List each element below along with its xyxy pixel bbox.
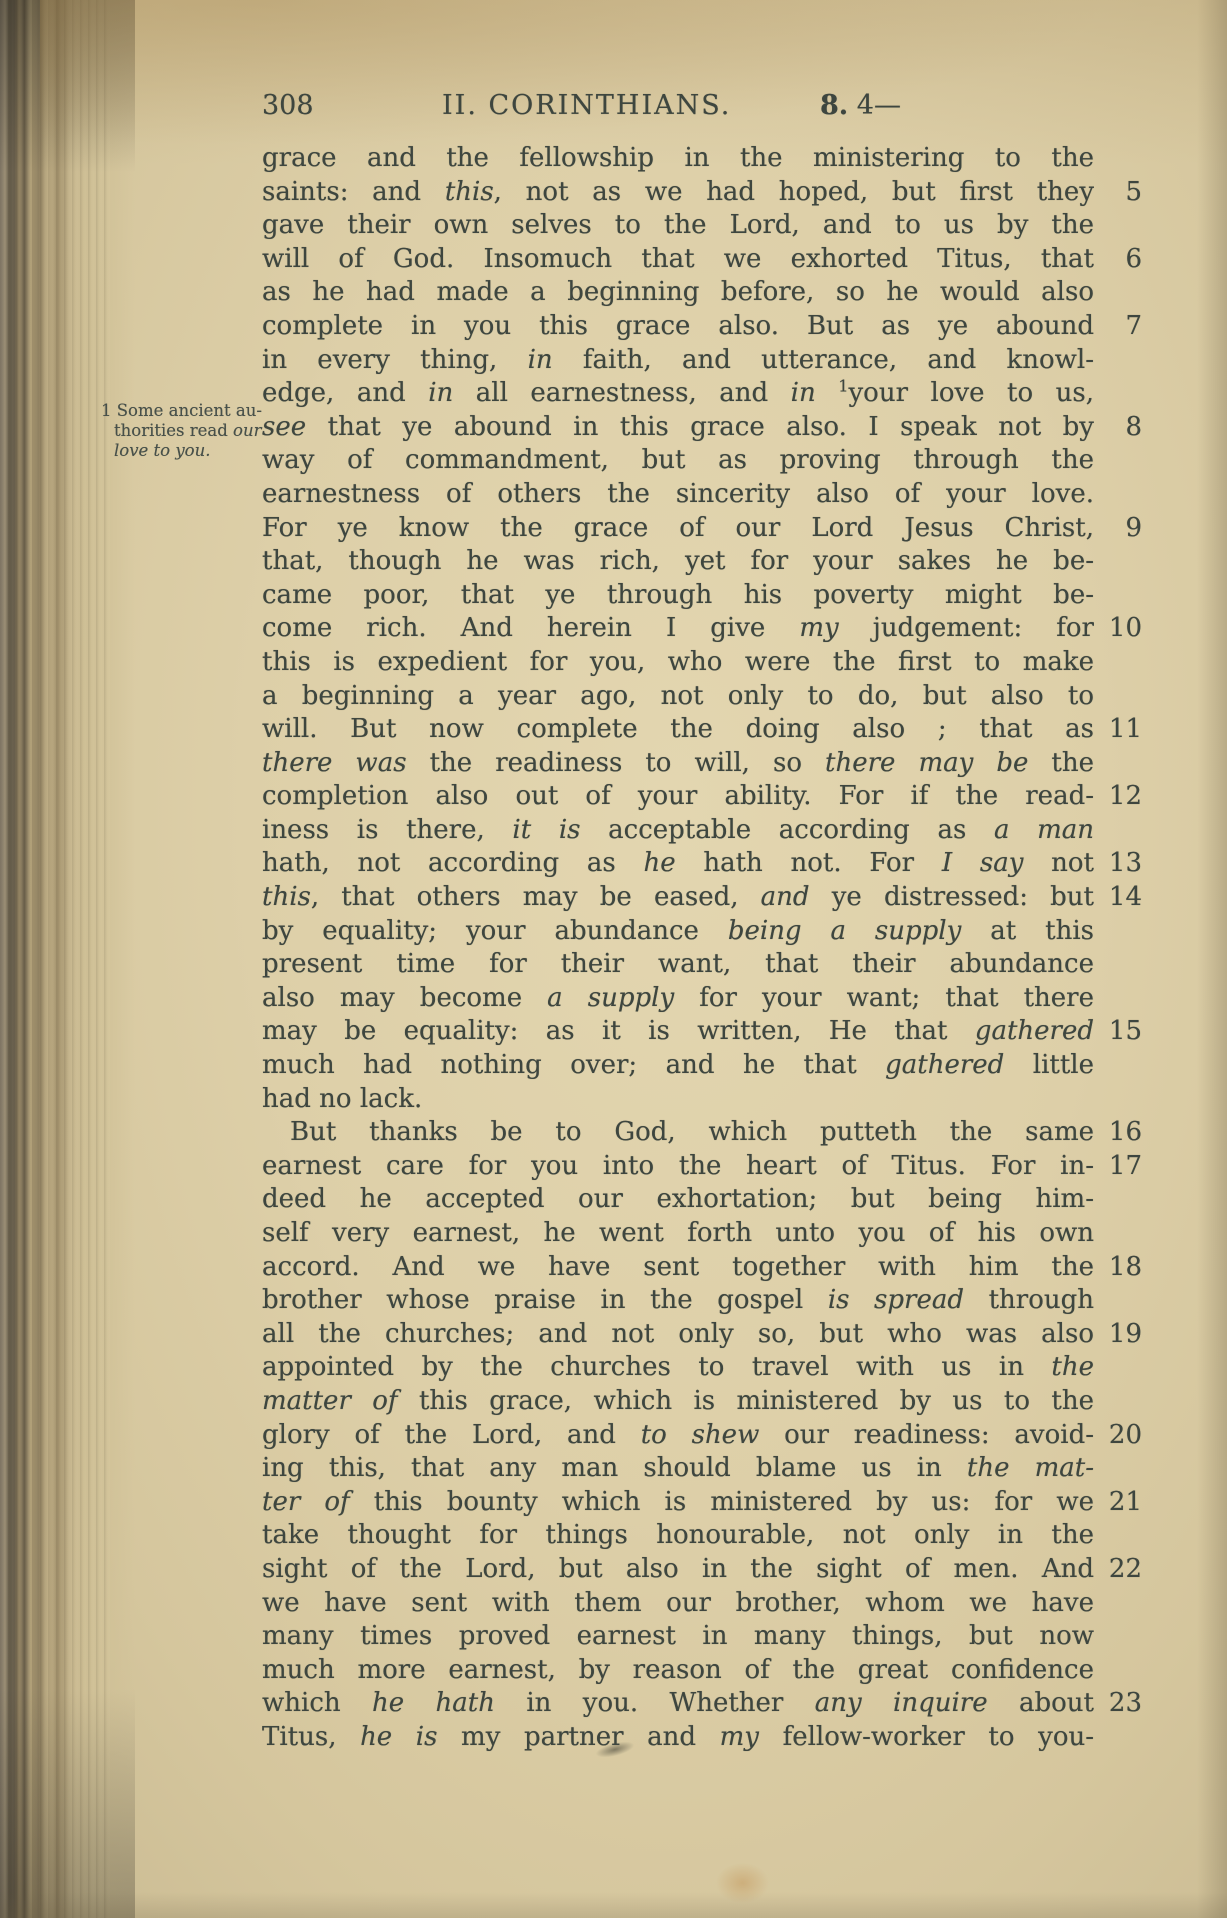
text-row: much had nothing over; and he that gathe… [262, 1049, 1182, 1083]
page-edge-bottom [0, 1892, 1227, 1918]
text-line: accord. And we have sent together with h… [262, 1251, 1094, 1285]
text-line: that, though he was rich, yet for your s… [262, 545, 1094, 579]
text-line: iness is there, it is acceptable accordi… [262, 814, 1094, 848]
text-row: by equality; your abundance being a supp… [262, 915, 1182, 949]
verse-number: 8 [1096, 411, 1142, 445]
scanned-book-page: { "page": { "header": { "page_number": "… [0, 0, 1227, 1918]
text-row: many times proved earnest in many things… [262, 1620, 1182, 1654]
page-number: 308 [262, 90, 314, 121]
text-row: earnestness of others the sincerity also… [262, 478, 1182, 512]
verse-number: 7 [1096, 310, 1142, 344]
text-row: edge, and in all earnestness, and in 1yo… [262, 377, 1182, 411]
verse-number: 22 [1096, 1553, 1142, 1587]
verse-number: 10 [1096, 612, 1142, 646]
paper-stain-top [40, 0, 1227, 165]
binding-corner-shadow [0, 0, 135, 1918]
text-line: see that ye abound in this grace also. I… [262, 411, 1094, 445]
text-line: much had nothing over; and he that gathe… [262, 1049, 1094, 1083]
margin-note-line: love to you. [101, 441, 261, 461]
verse-number: 21 [1096, 1486, 1142, 1520]
text-line: ing this, that any man should blame us i… [262, 1452, 1094, 1486]
margin-note: 1 Some ancient au-thorities read ourlove… [101, 401, 261, 461]
text-line: in every thing, in faith, and utterance,… [262, 344, 1094, 378]
text-line: earnest care for you into the heart of T… [262, 1150, 1094, 1184]
text-line: grace and the fellowship in the minister… [262, 142, 1094, 176]
text-line: But thanks be to God, which putteth the … [262, 1116, 1094, 1150]
text-row: in every thing, in faith, and utterance,… [262, 344, 1182, 378]
text-row: accord. And we have sent together with h… [262, 1251, 1182, 1285]
page-edge-right [1197, 0, 1227, 1918]
text-row: take thought for things honourable, not … [262, 1519, 1182, 1553]
text-line: self very earnest, he went forth unto yo… [262, 1217, 1094, 1251]
text-line: come rich. And herein I give my judgemen… [262, 612, 1094, 646]
margin-note-line: thorities read our [101, 421, 261, 441]
text-line: complete in you this grace also. But as … [262, 310, 1094, 344]
text-row: deed he accepted our exhortation; but be… [262, 1183, 1182, 1217]
verse-number: 6 [1096, 243, 1142, 277]
text-row: gave their own selves to the Lord, and t… [262, 209, 1182, 243]
verse-number: 12 [1096, 780, 1142, 814]
text-row: appointed by the churches to travel with… [262, 1351, 1182, 1385]
text-row: will of God. Insomuch that we exhorted T… [262, 243, 1182, 277]
text-row: this is expedient for you, who were the … [262, 646, 1182, 680]
text-line: all the churches; and not only so, but w… [262, 1318, 1094, 1352]
chapter-number: 8. [820, 90, 848, 121]
verse-number: 11 [1096, 713, 1142, 747]
verse-number: 13 [1096, 847, 1142, 881]
text-line: glory of the Lord, and to shew our readi… [262, 1419, 1094, 1453]
verse-number: 19 [1096, 1318, 1142, 1352]
text-row: iness is there, it is acceptable accordi… [262, 814, 1182, 848]
text-line: sight of the Lord, but also in the sight… [262, 1553, 1094, 1587]
text-line: ter of this bounty which is ministered b… [262, 1486, 1094, 1520]
text-row: a beginning a year ago, not only to do, … [262, 680, 1182, 714]
text-line: hath, not according as he hath not. For … [262, 847, 1094, 881]
text-line: there was the readiness to will, so ther… [262, 747, 1094, 781]
text-line: way of commandment, but as proving throu… [262, 444, 1094, 478]
text-line: completion also out of your ability. For… [262, 780, 1094, 814]
verse-number: 18 [1096, 1251, 1142, 1285]
text-line: deed he accepted our exhortation; but be… [262, 1183, 1094, 1217]
text-line: this, that others may be eased, and ye d… [262, 881, 1094, 915]
text-row: matter of this grace, which is ministere… [262, 1385, 1182, 1419]
verse-number: 5 [1096, 176, 1142, 210]
text-row: complete in you this grace also. But as … [262, 310, 1182, 344]
verse-number: 16 [1096, 1116, 1142, 1150]
text-row: ter of this bounty which is ministered b… [262, 1486, 1182, 1520]
text-row: as he had made a beginning before, so he… [262, 276, 1182, 310]
text-line: also may become a supply for your want; … [262, 982, 1094, 1016]
text-line: take thought for things honourable, not … [262, 1519, 1094, 1553]
text-row: will. But now complete the doing also ; … [262, 713, 1182, 747]
text-row: glory of the Lord, and to shew our readi… [262, 1419, 1182, 1453]
text-row: also may become a supply for your want; … [262, 982, 1182, 1016]
text-line: came poor, that ye through his poverty m… [262, 579, 1094, 613]
text-line: will of God. Insomuch that we exhorted T… [262, 243, 1094, 277]
text-row: which he hath in you. Whether any inquir… [262, 1687, 1182, 1721]
text-row: completion also out of your ability. For… [262, 780, 1182, 814]
text-line: earnestness of others the sincerity also… [262, 478, 1094, 512]
page-header: 308 II. CORINTHIANS. 8. 4— [262, 90, 1094, 124]
text-row: Titus, he is my partner and my fellow-wo… [262, 1721, 1182, 1755]
text-row: come rich. And herein I give my judgemen… [262, 612, 1182, 646]
text-line: brother whose praise in the gospel is sp… [262, 1284, 1094, 1318]
text-row: way of commandment, but as proving throu… [262, 444, 1182, 478]
text-line: had no lack. [262, 1083, 1094, 1117]
text-row: sight of the Lord, but also in the sight… [262, 1553, 1182, 1587]
text-row: had no lack. [262, 1083, 1182, 1117]
body-text: grace and the fellowship in the minister… [262, 142, 1182, 1755]
text-row: see that ye abound in this grace also. I… [262, 411, 1182, 445]
book-title: II. CORINTHIANS. [442, 90, 731, 121]
text-row: hath, not according as he hath not. For … [262, 847, 1182, 881]
text-line: this is expedient for you, who were the … [262, 646, 1094, 680]
margin-note-line: 1 Some ancient au- [101, 401, 261, 421]
text-line: may be equality: as it is written, He th… [262, 1015, 1094, 1049]
text-row: earnest care for you into the heart of T… [262, 1150, 1182, 1184]
verse-number: 23 [1096, 1687, 1142, 1721]
text-line: a beginning a year ago, not only to do, … [262, 680, 1094, 714]
text-line: as he had made a beginning before, so he… [262, 276, 1094, 310]
text-row: saints: and this, not as we had hoped, b… [262, 176, 1182, 210]
verse-range: 4— [857, 90, 901, 121]
text-row: that, though he was rich, yet for your s… [262, 545, 1182, 579]
chapter-verse-reference: 8. 4— [820, 90, 901, 121]
text-line: Titus, he is my partner and my fellow-wo… [262, 1721, 1094, 1755]
text-line: by equality; your abundance being a supp… [262, 915, 1094, 949]
text-row: ing this, that any man should blame us i… [262, 1452, 1182, 1486]
text-row: we have sent with them our brother, whom… [262, 1587, 1182, 1621]
verse-number: 14 [1096, 881, 1142, 915]
text-row: all the churches; and not only so, but w… [262, 1318, 1182, 1352]
text-row: there was the readiness to will, so ther… [262, 747, 1182, 781]
text-row: came poor, that ye through his poverty m… [262, 579, 1182, 613]
text-line: For ye know the grace of our Lord Jesus … [262, 512, 1094, 546]
text-row: may be equality: as it is written, He th… [262, 1015, 1182, 1049]
text-line: gave their own selves to the Lord, and t… [262, 209, 1094, 243]
text-line: much more earnest, by reason of the grea… [262, 1654, 1094, 1688]
paper-stain-dot [715, 1862, 770, 1904]
text-row: grace and the fellowship in the minister… [262, 142, 1182, 176]
text-row: brother whose praise in the gospel is sp… [262, 1284, 1182, 1318]
text-row: But thanks be to God, which putteth the … [262, 1116, 1182, 1150]
text-line: saints: and this, not as we had hoped, b… [262, 176, 1094, 210]
text-row: For ye know the grace of our Lord Jesus … [262, 512, 1182, 546]
text-row: present time for their want, that their … [262, 948, 1182, 982]
verse-number: 15 [1096, 1015, 1142, 1049]
text-row: this, that others may be eased, and ye d… [262, 881, 1182, 915]
text-line: edge, and in all earnestness, and in 1yo… [262, 377, 1094, 411]
verse-number: 17 [1096, 1150, 1142, 1184]
text-line: many times proved earnest in many things… [262, 1620, 1094, 1654]
verse-number: 20 [1096, 1419, 1142, 1453]
text-line: appointed by the churches to travel with… [262, 1351, 1094, 1385]
text-row: much more earnest, by reason of the grea… [262, 1654, 1182, 1688]
text-line: matter of this grace, which is ministere… [262, 1385, 1094, 1419]
text-row: self very earnest, he went forth unto yo… [262, 1217, 1182, 1251]
text-line: will. But now complete the doing also ; … [262, 713, 1094, 747]
text-line: present time for their want, that their … [262, 948, 1094, 982]
text-line: which he hath in you. Whether any inquir… [262, 1687, 1094, 1721]
text-line: we have sent with them our brother, whom… [262, 1587, 1094, 1621]
verse-number: 9 [1096, 512, 1142, 546]
